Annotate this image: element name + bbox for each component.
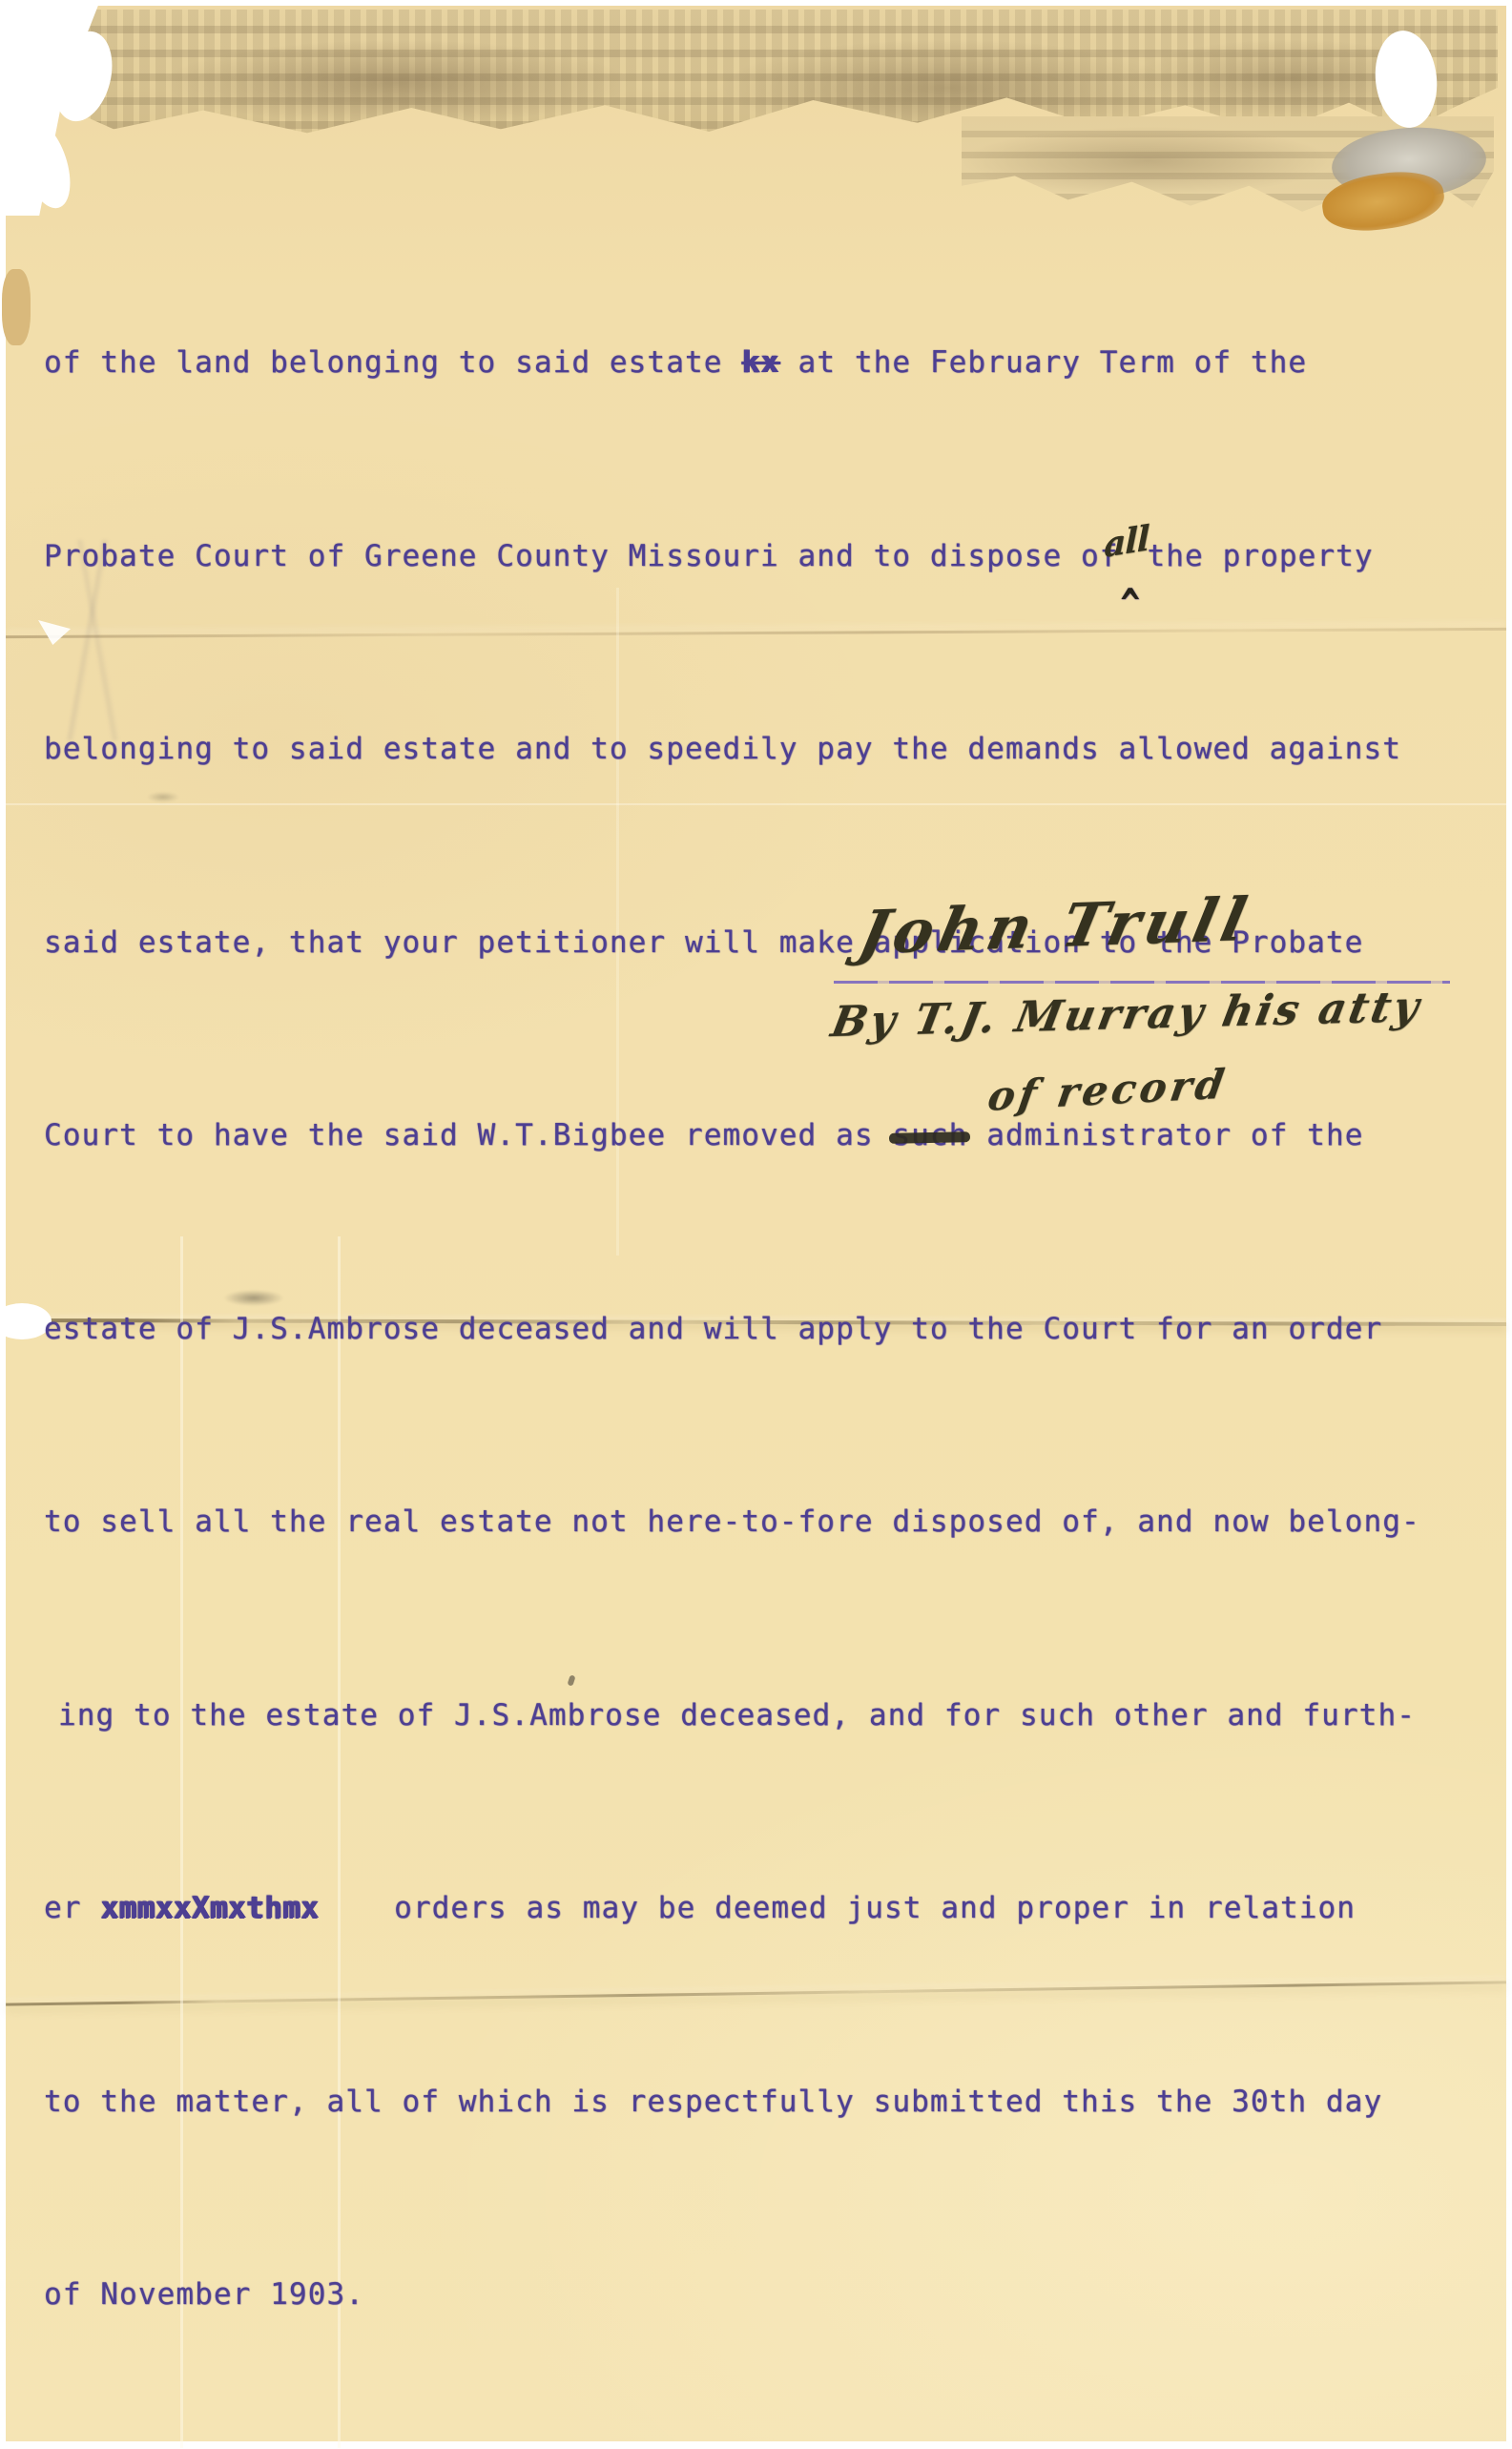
typewritten-text-block: of the land belonging to said estate kx … xyxy=(44,202,1475,2449)
typed-line-1: of the land belonging to said estate kx … xyxy=(44,331,1475,396)
line2-text-end: the property xyxy=(1148,539,1374,573)
line5-text: Court to have the said W.T.Bigbee remove… xyxy=(44,1118,892,1152)
overtyped-strikeout: kx xyxy=(741,345,779,380)
typed-line-11: of November 1903. xyxy=(44,2263,1475,2328)
typed-line-3: belonging to said estate and to speedily… xyxy=(44,717,1475,782)
line9-text: er xyxy=(44,1891,100,1925)
caret-insertion: all^ xyxy=(1119,556,1148,566)
typed-line-4: said estate, that your petitioner will m… xyxy=(44,911,1475,976)
typed-line-6: estate of J.S.Ambrose deceased and will … xyxy=(44,1297,1475,1362)
typed-line-10: to the matter, all of which is respectfu… xyxy=(44,2070,1475,2135)
line2-text: Probate Court of Greene County Missouri … xyxy=(44,539,1119,573)
typed-line-7: to sell all the real estate not here-to-… xyxy=(44,1490,1475,1555)
ink-struck-word-such: such xyxy=(892,1118,967,1152)
typed-line-2: Probate Court of Greene County Missouri … xyxy=(44,525,1475,590)
signature-rule-line xyxy=(834,981,1450,984)
document-page: of the land belonging to said estate kx … xyxy=(6,6,1506,2441)
left-edge-tear-fragment xyxy=(2,269,31,345)
line1-text-end: at the February Term of the xyxy=(779,345,1307,380)
line1-text: of the land belonging to said estate xyxy=(44,345,741,380)
line5-text-end: administrator of the xyxy=(967,1118,1363,1152)
handwritten-signature-name: John Trull xyxy=(853,884,1257,968)
line9-text-end: orders as may be deemed just and proper … xyxy=(319,1891,1356,1925)
typed-line-5: Court to have the said W.T.Bigbee remove… xyxy=(44,1104,1475,1169)
typed-line-9: er xmmxxXmxthmx orders as may be deemed … xyxy=(44,1877,1475,1941)
typed-line-8: ing to the estate of J.S.Ambrose decease… xyxy=(44,1684,1475,1749)
insertion-caret-icon: ^ xyxy=(1121,565,1142,645)
xed-out-typing: xmmxxXmxthmx xyxy=(100,1891,319,1925)
